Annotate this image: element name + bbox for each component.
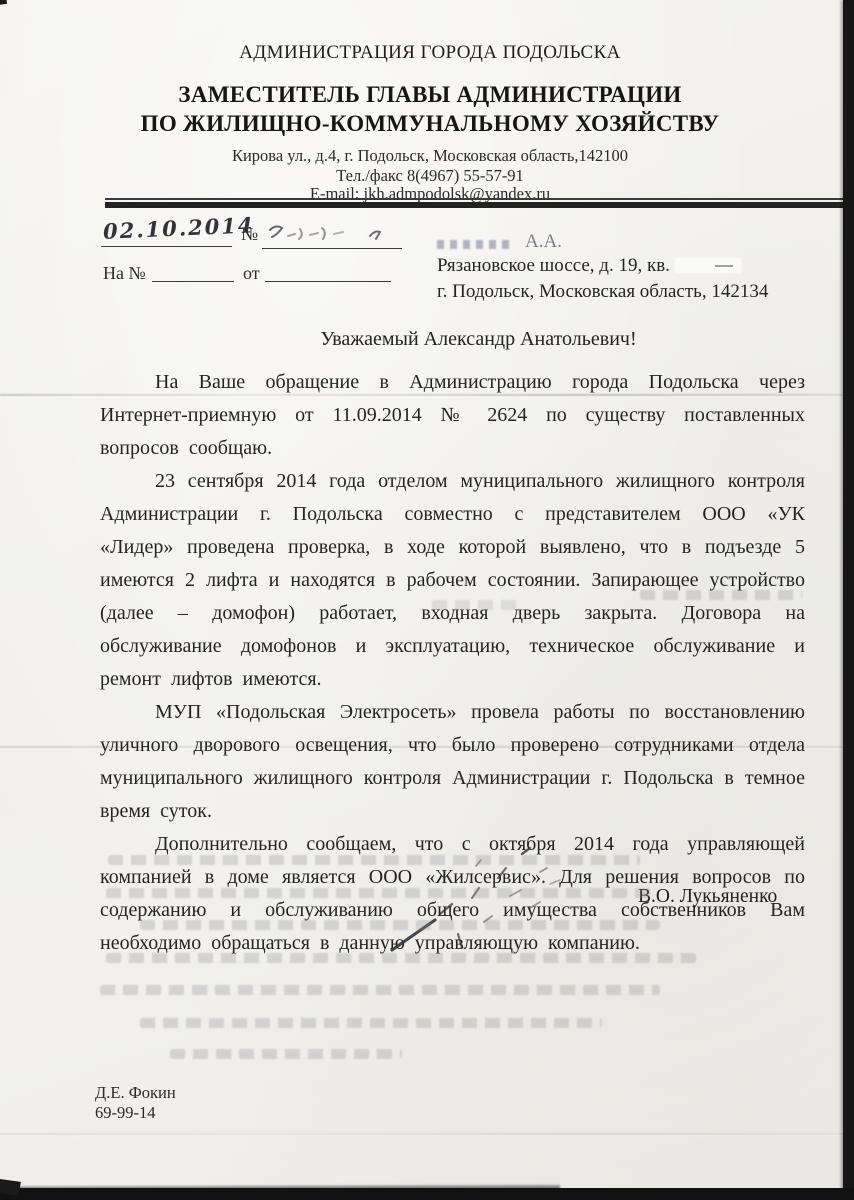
handwritten-date: 02.10.2014 xyxy=(103,213,236,244)
from-underline xyxy=(265,281,391,282)
letterhead-phone: Тел./факс 8(4967) 55-57-91 xyxy=(60,166,800,186)
scan-edge-bottom-left xyxy=(0,1178,21,1195)
handwritten-number-scribble xyxy=(266,220,396,250)
number-sign-label: № xyxy=(241,224,258,245)
office-title-line2: ПО ЖИЛИЩНО-КОММУНАЛЬНОМУ ХОЗЯЙСТВУ xyxy=(60,111,800,137)
bleed-through-line xyxy=(170,1049,402,1059)
recipient-address-line2: г. Подольск, Московская область, 142134 xyxy=(437,279,768,305)
recipient-name-redacted: А.А. xyxy=(437,231,768,253)
scan-edge-top-left xyxy=(0,0,7,5)
paragraph-2: 23 сентября 2014 года отделом муниципаль… xyxy=(100,465,805,696)
scanned-letter-page: АДМИНИСТРАЦИЯ ГОРОДА ПОДОЛЬСКА ЗАМЕСТИТЕ… xyxy=(0,0,854,1200)
executor-name: Д.Е. Фокин xyxy=(95,1083,176,1103)
letterhead-divider-rule xyxy=(105,198,845,210)
recipient-initials: А.А. xyxy=(525,229,562,255)
office-title-line1: ЗАМЕСТИТЕЛЬ ГЛАВЫ АДМИНИСТРАЦИИ xyxy=(60,82,800,108)
letterhead-address: Кирова ул., д.4, г. Подольск, Московская… xyxy=(60,146,800,166)
bleed-through-line xyxy=(140,1018,602,1028)
whiteout-apartment xyxy=(675,258,741,273)
organization-name: АДМИНИСТРАЦИЯ ГОРОДА ПОДОЛЬСКА xyxy=(60,42,800,64)
number-underline xyxy=(262,248,402,249)
whiteout-redaction xyxy=(437,240,515,249)
recipient-block: А.А. Рязановское шоссе, д. 19, кв. г. По… xyxy=(437,231,768,305)
date-underline xyxy=(101,246,232,247)
paper-fold-crease xyxy=(0,1133,854,1137)
scan-edge-bottom xyxy=(0,1188,854,1200)
executor-phone: 69-99-14 xyxy=(95,1103,156,1123)
scan-edge-right xyxy=(843,0,854,1200)
salutation: Уважаемый Александр Анатольевич! xyxy=(126,328,831,351)
paragraph-3: МУП «Подольская Электросеть» провела раб… xyxy=(100,696,805,828)
paragraph-1: На Ваше обращение в Администрацию города… xyxy=(100,366,805,465)
bleed-through-line xyxy=(100,985,660,995)
on-number-label: На № xyxy=(103,263,146,284)
on-number-underline xyxy=(152,281,234,282)
signer-name: В.О. Лукьяненко xyxy=(638,886,777,908)
from-label: от xyxy=(243,263,260,284)
handwritten-signature xyxy=(380,838,590,963)
recipient-address-line1: Рязановское шоссе, д. 19, кв. xyxy=(437,253,768,279)
